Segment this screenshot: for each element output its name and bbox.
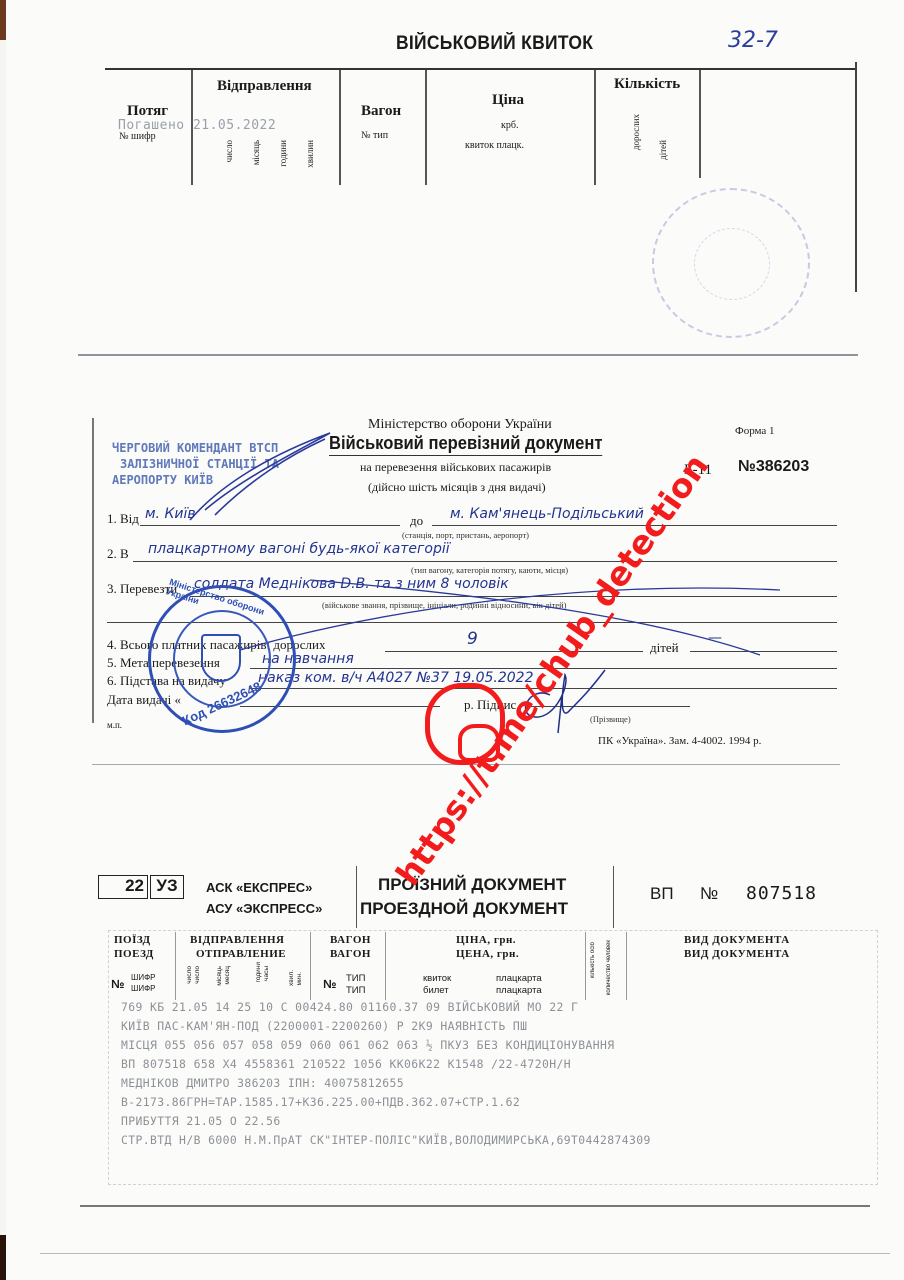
header-departure-hour: години	[278, 140, 288, 167]
handwritten-code: 32-7	[728, 28, 778, 53]
header-price-unit: крб.	[501, 120, 518, 131]
page-edge	[0, 0, 6, 1280]
header-price-berth-ru: плацкарта	[496, 985, 542, 996]
field-value-basis: наказ ком. в/ч А4027 №37 19.05.2022	[258, 670, 533, 686]
header-price-berth-ua: плацкарта	[496, 973, 542, 984]
military-ticket-title: ВІЙСЬКОВИЙ КВИТОК	[396, 33, 593, 55]
header-departure-minute: хвилин	[305, 140, 315, 168]
strike-lines	[230, 570, 790, 660]
header-wagon-ua: ВАГОН	[330, 934, 371, 946]
header-train-code-ua: ШИФР	[131, 973, 156, 982]
header-quantity-adults: дорослих	[631, 114, 641, 150]
field-label-to: до	[410, 513, 423, 529]
seal-place-label: м.п.	[107, 720, 122, 730]
column-divider	[594, 70, 596, 185]
field-caption: (станція, порт, пристань, аеропорт)	[402, 530, 529, 540]
ministry-name: Міністерство оборони України	[368, 417, 552, 433]
system-name-ua: АСК «ЕКСПРЕС»	[206, 880, 312, 895]
column-divider	[699, 70, 701, 178]
header-wagon-sub: № тип	[361, 130, 388, 141]
field-label-from: 1. Від	[107, 511, 139, 527]
document-title: Військовий перевізний документ	[329, 433, 602, 456]
field-line	[133, 561, 837, 562]
column-divider	[310, 932, 311, 1000]
header-doc-type-ua: ВИД ДОКУМЕНТА	[684, 934, 790, 946]
ticket-line: КИЇВ ПАС-КАМ'ЯН-ПОД (2200001-2200260) Р …	[121, 1019, 527, 1033]
field-value-wagon: плацкартному вагоні будь-якої категорії	[148, 541, 450, 557]
header-departure-month: місяць	[251, 140, 261, 165]
number-sign: №	[700, 884, 718, 904]
ticket-box-code: УЗ	[150, 875, 184, 899]
header-departure-ua: ВІДПРАВЛЕННЯ	[190, 934, 285, 946]
field-value-from: м. Київ	[145, 506, 196, 522]
divider	[78, 354, 858, 356]
column-divider	[175, 932, 176, 1000]
header-departure: Відправлення	[217, 78, 312, 95]
column-divider	[385, 932, 386, 1000]
document-subtitle: на перевезення військових пасажирів	[360, 460, 551, 475]
ticket-line: ВП 807518 658 Х4 4558361 210522 1056 КК0…	[121, 1057, 571, 1071]
cancelled-stamp: Погашено 21.05.2022	[118, 118, 276, 133]
divider	[40, 1253, 890, 1254]
header-departure-day: число	[224, 140, 234, 162]
ticket-box-number: 22	[98, 875, 148, 899]
field-line	[140, 525, 400, 526]
header-train-ru: ПОЕЗД	[114, 948, 154, 960]
header-train-code-ru: ШИФР	[131, 984, 156, 993]
field-value-to: м. Кам'янець-Подільський	[450, 506, 644, 522]
ticket-line: МЕДНІКОВ ДМИТРО 386203 ІПН: 40075812655	[121, 1076, 404, 1090]
divider	[855, 62, 857, 292]
field-label-wagon: 2. В	[107, 546, 129, 562]
header-quantity: Кількість	[614, 76, 680, 93]
divider	[92, 418, 94, 723]
ticket-title-ru: ПРОЕЗДНОЙ ДОКУМЕНТ	[360, 899, 568, 919]
divider	[80, 1205, 870, 1207]
ticket-line: СТР.ВТД Н/В 6000 Н.М.ПрАТ СК"ІНТЕР-ПОЛІС…	[121, 1133, 651, 1147]
header-wagon-type-ua: ТИП	[346, 973, 365, 984]
column-divider	[626, 932, 627, 1000]
unit-stamp: Міністерство оборони України Код 2663264…	[148, 585, 296, 733]
header-price-ru: ЦЕНА, грн.	[456, 948, 519, 960]
header-wagon-ru: ВАГОН	[330, 948, 371, 960]
ticket-line: МІСЦЯ 055 056 057 058 059 060 061 062 06…	[121, 1038, 615, 1052]
header-quantity-children: дітей	[658, 140, 668, 160]
column-divider	[339, 70, 341, 185]
printer-footer: ПК «Україна». Зам. 4-4002. 1994 р.	[598, 735, 761, 747]
vp-label: ВП	[650, 884, 674, 904]
header-price-ua: ЦІНА, грн.	[456, 934, 516, 946]
divider	[105, 68, 857, 70]
header-count-ru: количество человек	[606, 940, 622, 995]
header-wagon-type-ru: ТИП	[346, 985, 365, 996]
header-price: Ціна	[492, 92, 524, 109]
form-label: Форма 1	[735, 425, 775, 437]
header-price-ticket-ru: билет	[423, 985, 449, 996]
document-number: №386203	[738, 458, 809, 476]
header-price-ticket-ua: квиток	[423, 973, 451, 984]
system-name-ru: АСУ «ЭКСПРЕСС»	[206, 901, 322, 916]
header-wagon-no: №	[323, 977, 336, 991]
ticket-line: ПРИБУТТЯ 21.05 О 22.56	[121, 1114, 281, 1128]
document-validity: (дійсно шість місяців з дня видачі)	[368, 480, 546, 495]
divider	[613, 866, 614, 928]
header-wagon: Вагон	[361, 103, 401, 120]
header-price-sub: квиток плацк.	[465, 140, 524, 151]
signature-scribble	[180, 425, 340, 525]
vp-number: 807518	[746, 883, 817, 904]
column-divider	[585, 932, 586, 1000]
header-train-ua: ПОЇЗД	[114, 934, 151, 946]
header-doc-type-ru: ВИД ДОКУМЕНТА	[684, 948, 790, 960]
ticket-line: В-2173.86ГРН=ТАР.1585.17+К36.225.00+ПДВ.…	[121, 1095, 520, 1109]
ticket-line: 769 КБ 21.05 14 25 10 С 00424.80 01160.3…	[121, 1000, 578, 1014]
column-divider	[425, 70, 427, 185]
header-train-no: №	[111, 977, 124, 991]
divider	[356, 866, 357, 928]
header-departure-ru: ОТПРАВЛЕНИЕ	[196, 948, 286, 960]
trident-icon	[201, 634, 241, 682]
round-stamp	[652, 188, 810, 338]
header-count-ua: кількість осіб	[590, 942, 606, 978]
